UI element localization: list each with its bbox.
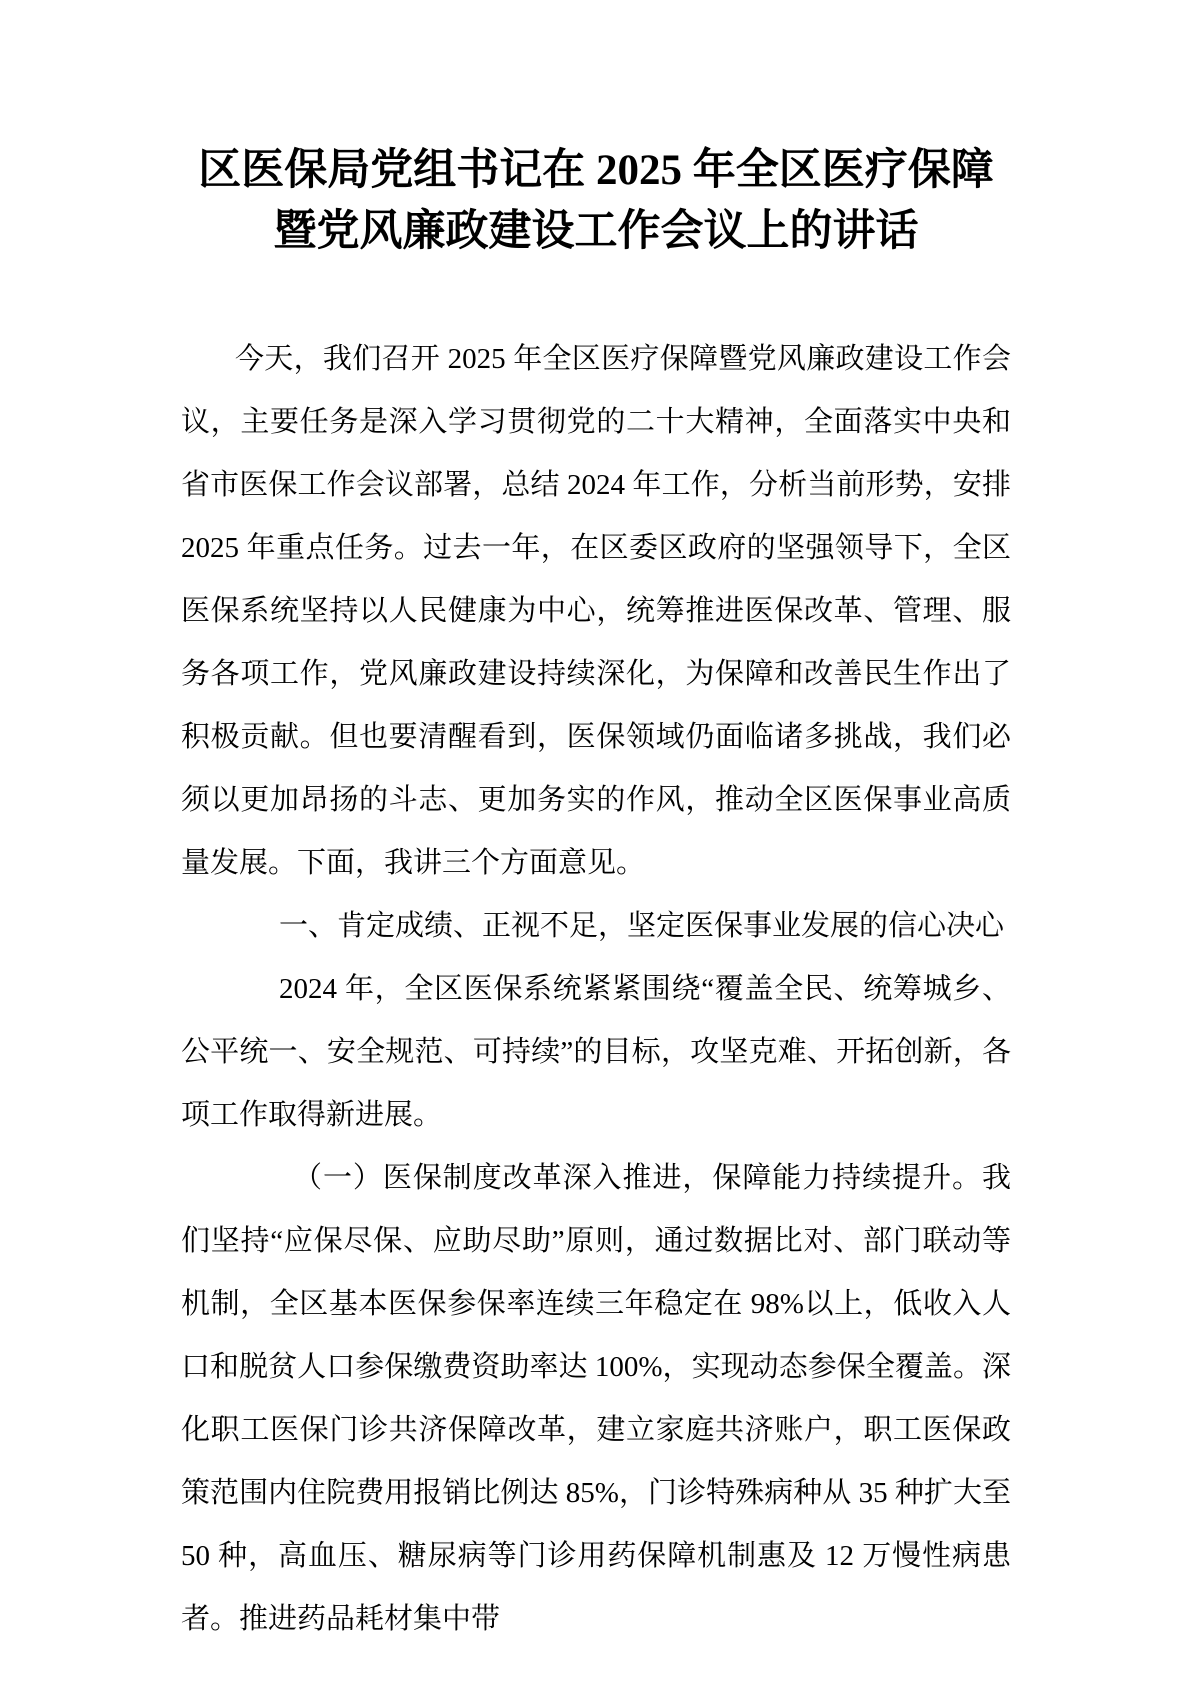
intro-paragraph: 今天，我们召开 2025 年全区医疗保障暨党风廉政建设工作会议，主要任务是深入学… <box>181 328 1011 895</box>
subsection-1-1-paragraph: （一）医保制度改革深入推进，保障能力持续提升。我们坚持“应保尽保、应助尽助”原则… <box>181 1147 1011 1651</box>
document-title-line-2: 暨党风廉政建设工作会议上的讲话 <box>180 201 1012 262</box>
document-title: 区医保局党组书记在 2025 年全区医疗保障 暨党风廉政建设工作会议上的讲话 <box>180 140 1012 262</box>
section-1-heading: 一、肯定成绩、正视不足，坚定医保事业发展的信心决心 <box>181 895 1011 958</box>
document-body: 今天，我们召开 2025 年全区医疗保障暨党风廉政建设工作会议，主要任务是深入学… <box>181 328 1011 1651</box>
document-page: 区医保局党组书记在 2025 年全区医疗保障 暨党风廉政建设工作会议上的讲话 今… <box>0 0 1190 1683</box>
document-title-line-1: 区医保局党组书记在 2025 年全区医疗保障 <box>180 140 1012 201</box>
section-1-intro-paragraph: 2024 年，全区医保系统紧紧围绕“覆盖全民、统筹城乡、公平统一、安全规范、可持… <box>181 958 1011 1147</box>
